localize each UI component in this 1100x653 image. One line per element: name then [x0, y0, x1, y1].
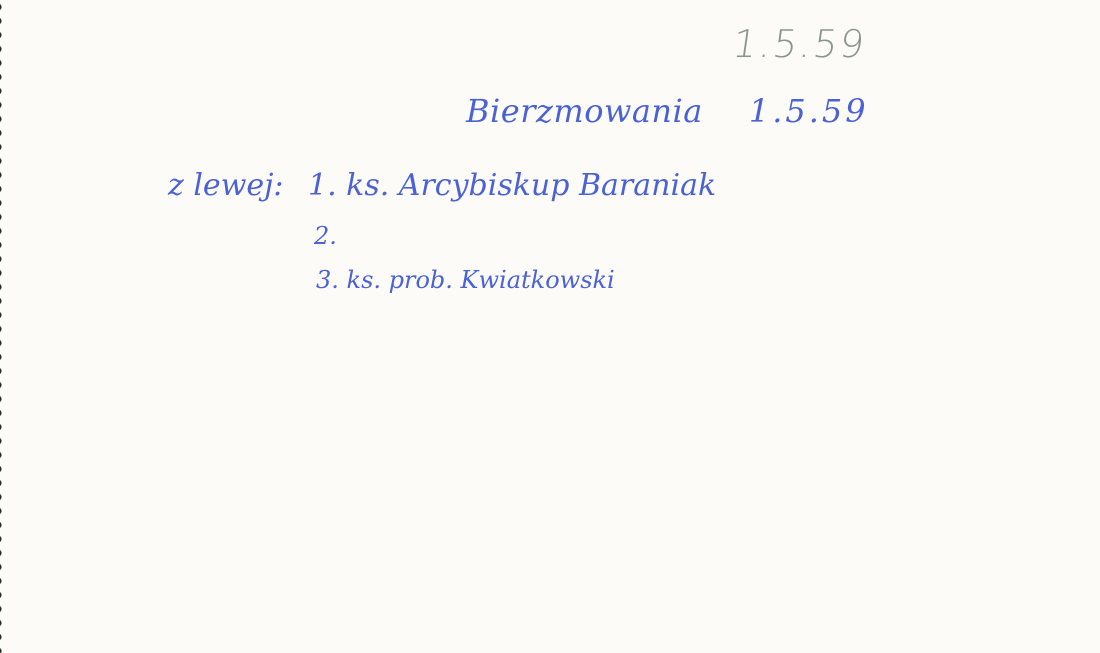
title-date: 1.5.59	[749, 92, 869, 130]
handwritten-title: Bierzmowania1.5.59	[466, 92, 869, 130]
pencil-date: 1.5.59	[730, 22, 869, 66]
deckle-edge-right	[1096, 0, 1100, 653]
title-text: Bierzmowania	[466, 92, 703, 130]
direction-label: z lewej:	[168, 168, 284, 203]
deckle-edge-bottom	[0, 649, 1100, 653]
person-1: 1. ks. Arcybiskup Baraniak	[308, 168, 716, 203]
person-2: 2.	[314, 222, 337, 250]
person-3: 3. ks. prob. Kwiatkowski	[316, 266, 615, 294]
deckle-edge-left	[0, 0, 6, 653]
photo-back: 1.5.59 Bierzmowania1.5.59 z lewej: 1. ks…	[0, 0, 1100, 653]
